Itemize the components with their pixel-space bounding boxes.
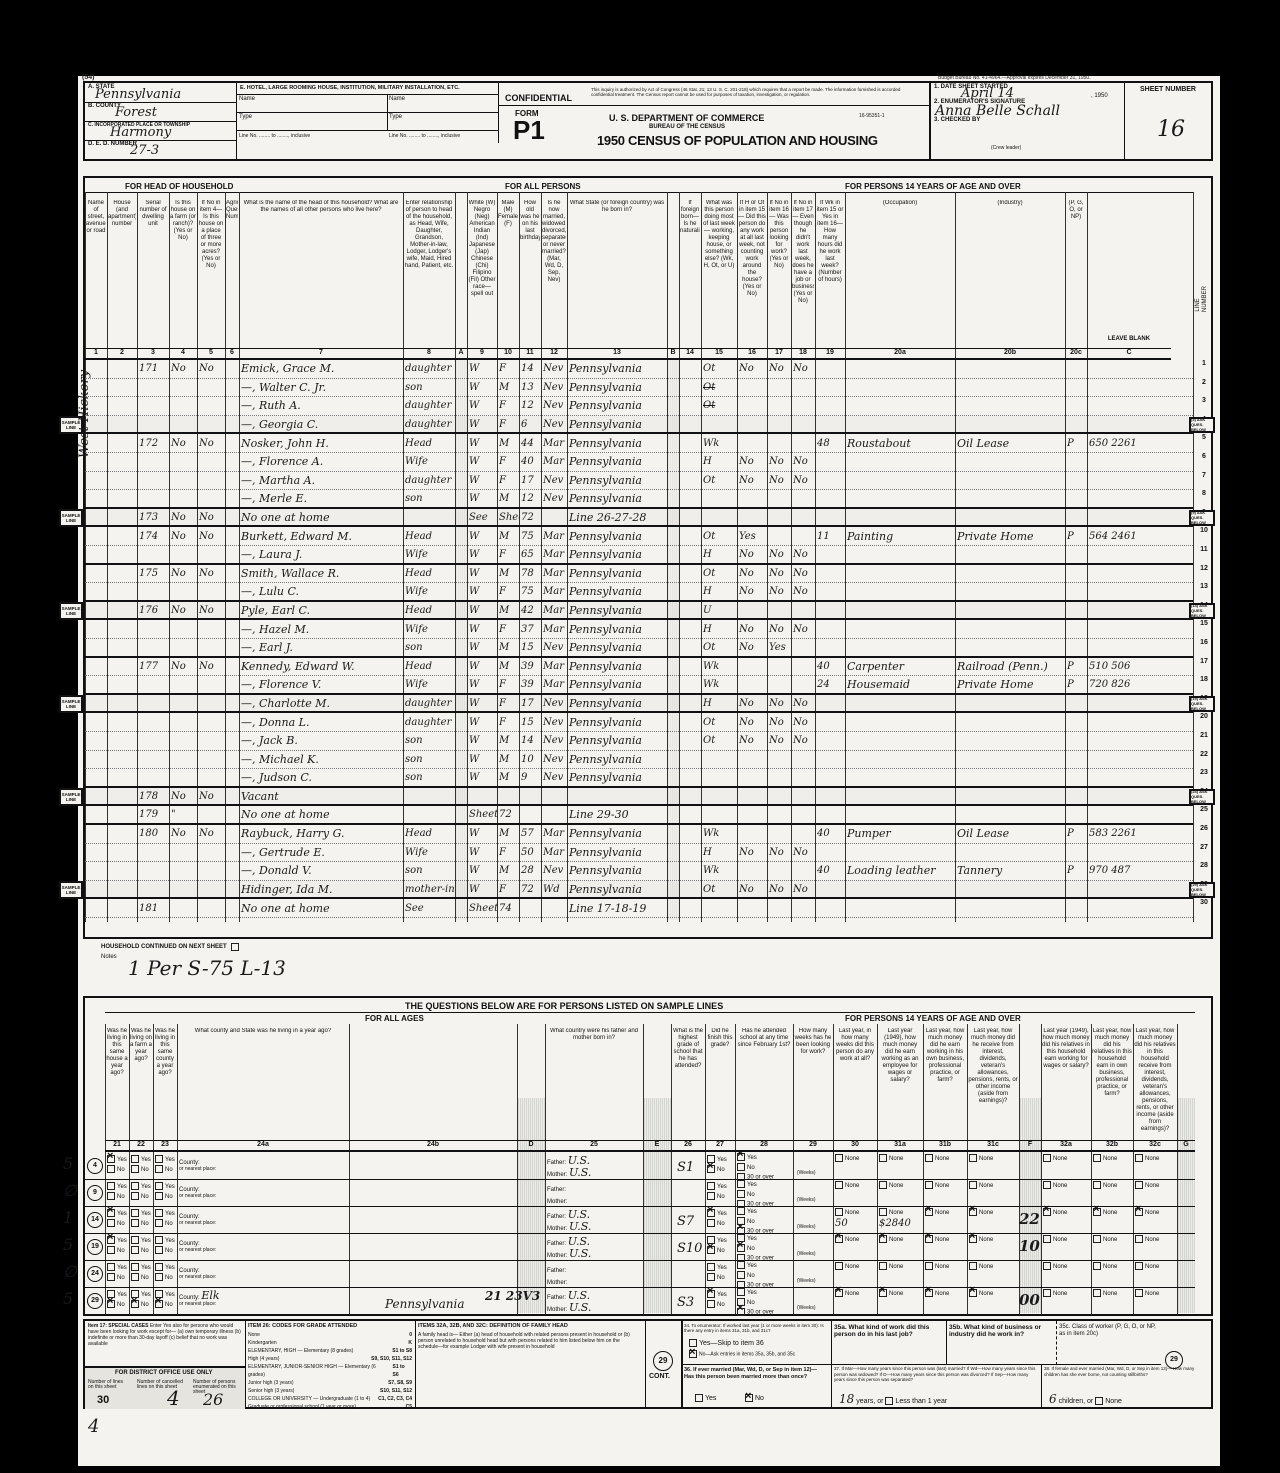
cell-sex: F — [497, 695, 519, 712]
line-number: 25 — [1195, 806, 1213, 813]
yes-checkbox[interactable] — [131, 1209, 139, 1217]
cell-activity: Ot — [701, 565, 737, 583]
cell-marital: Nev — [541, 732, 567, 750]
cell-marital: Nev — [541, 751, 567, 769]
column-header-c14: If foreign born— Is he naturalized? — [680, 200, 700, 340]
cell-looking: No — [767, 565, 791, 583]
table-row: —, Charlotte M.daughterWF17NevPennsylvan… — [85, 695, 1193, 714]
cell-age: 39 — [519, 658, 541, 676]
confidential-note: This inquiry is authorized by Act of Con… — [591, 87, 921, 97]
table-row: —, Florence A.WifeWF40MarPennsylvaniaHNo… — [85, 453, 1193, 472]
yes-checkbox[interactable] — [155, 1182, 163, 1190]
yes-checkbox[interactable] — [155, 1263, 163, 1271]
cell-marital: Mar — [541, 620, 567, 638]
section-all: FOR ALL PERSONS — [505, 182, 581, 191]
no-checkbox[interactable] — [707, 1273, 715, 1281]
table-row: 177NoNoKennedy, Edward W.HeadWM39MarPenn… — [85, 658, 1193, 677]
table-row: 176NoNoPyle, Earl C.HeadWM42MarPennsylva… — [85, 602, 1193, 621]
no-checkbox[interactable] — [131, 1300, 139, 1308]
cell-birthplace: Pennsylvania — [567, 844, 667, 862]
cell-serial: 179 — [137, 806, 169, 823]
mother-birthplace: U.S. — [569, 1301, 591, 1314]
hotel-label: e. HOTEL, LARGE ROOMING HOUSE, INSTITUTI… — [240, 85, 460, 91]
lines-count: 30 — [97, 1394, 109, 1406]
header-block: a. STATE Pennsylvania b. COUNTY Forest c… — [83, 81, 1213, 161]
cell-marital: Nev — [541, 695, 567, 712]
cell-rel: Head — [403, 565, 455, 583]
cell-sex: M — [497, 658, 519, 676]
q34-no-checkbox[interactable] — [689, 1350, 697, 1358]
cell-race: Sheet — [467, 806, 497, 823]
no-checkbox[interactable] — [107, 1300, 115, 1308]
q32b-none-checkbox[interactable] — [1093, 1235, 1101, 1243]
cell-birthplace: Pennsylvania — [567, 546, 667, 563]
q31c-none-checkbox[interactable] — [969, 1208, 977, 1216]
sample-header-county: What county and State was he living in a… — [178, 1028, 348, 1138]
bottom-mark: 4 — [88, 1416, 99, 1437]
no-checkbox[interactable] — [155, 1219, 163, 1227]
yes-checkbox[interactable] — [707, 1209, 715, 1217]
yes-checkbox[interactable] — [107, 1263, 115, 1271]
cell-age: 10 — [519, 751, 541, 769]
column-number: 2 — [107, 348, 137, 360]
cell-rel: daughter — [403, 416, 455, 433]
line-number: 5 — [1195, 434, 1213, 441]
q32c-none-checkbox[interactable] — [1135, 1208, 1143, 1216]
yes-checkbox[interactable] — [131, 1263, 139, 1271]
family-head-definition: A family head is— Either (a) head of hou… — [418, 1332, 640, 1350]
ask-questions-below-marker: (14) ASK QUES. BELOW — [1189, 603, 1215, 619]
school-yes-checkbox[interactable] — [737, 1288, 745, 1296]
q30-none-checkbox[interactable] — [835, 1181, 843, 1189]
cell-marital: Nev — [541, 639, 567, 656]
q30-none-checkbox[interactable] — [835, 1154, 843, 1162]
q37-less-checkbox[interactable] — [885, 1397, 893, 1405]
cell-sex: F — [497, 472, 519, 490]
school-no-checkbox[interactable] — [737, 1271, 745, 1279]
cell-race: W — [467, 769, 497, 786]
q30-none-checkbox[interactable] — [835, 1289, 843, 1297]
cell-name: Smith, Wallace R. — [239, 565, 403, 583]
table-row: 178NoNoVacant24(24) ASK QUES. BELOWSAMPL… — [85, 788, 1193, 807]
sample-line-number: 9 — [87, 1185, 103, 1201]
q31a-none-checkbox[interactable] — [879, 1208, 887, 1216]
cell-birthplace: Pennsylvania — [567, 695, 667, 712]
q31c-none-checkbox[interactable] — [969, 1289, 977, 1297]
q30-value: 50 — [835, 1218, 859, 1229]
school-no-checkbox[interactable] — [737, 1163, 745, 1171]
no-checkbox[interactable] — [155, 1165, 163, 1173]
line-number-header: LINE NUMBER — [1195, 298, 1209, 312]
yes-checkbox[interactable] — [707, 1182, 715, 1190]
line-number: 23 — [1195, 769, 1213, 776]
cell-sex: F — [497, 844, 519, 862]
cell-sex: M — [497, 732, 519, 750]
column-number: 3 — [137, 348, 169, 360]
cell-hours: 40 — [815, 658, 845, 676]
cell-sex: M — [497, 639, 519, 656]
cell-job: No — [791, 360, 815, 378]
cell-name: —, Earl J. — [239, 639, 403, 656]
cell-sex: M — [497, 825, 519, 843]
sample-column-number: 31c — [967, 1140, 1019, 1152]
cell-age: 13 — [519, 379, 541, 397]
cell-birthplace: Pennsylvania — [567, 658, 667, 676]
yes-checkbox[interactable] — [107, 1236, 115, 1244]
cell-marital: Mar — [541, 434, 567, 452]
sample-line-number: 14 — [87, 1212, 103, 1228]
column-number: 15 — [701, 348, 737, 360]
cell-job: No — [791, 565, 815, 583]
yes-checkbox[interactable] — [155, 1236, 163, 1244]
yes-checkbox[interactable] — [707, 1263, 715, 1271]
q31c-none-checkbox[interactable] — [969, 1181, 977, 1189]
q30-none-checkbox[interactable] — [835, 1262, 843, 1270]
q36-no-checkbox[interactable] — [745, 1394, 753, 1402]
q32a-none-checkbox[interactable] — [1043, 1262, 1051, 1270]
cell-serial: 176 — [137, 602, 169, 619]
household-continued-checkbox[interactable] — [231, 943, 239, 951]
cell-activity: H — [701, 583, 737, 600]
sample-column-number: 31a — [877, 1140, 923, 1152]
no-checkbox[interactable] — [707, 1192, 715, 1200]
table-row: —, Earl J.sonWM15NevPennsylvaniaOtNoYes1… — [85, 639, 1193, 658]
column-number: 20b — [955, 348, 1065, 360]
column-header-c16: If H or Ot in item 15— Did this person d… — [738, 200, 766, 340]
cell-serial: 174 — [137, 527, 169, 545]
cell-rel: Head — [403, 527, 455, 545]
county-value: Forest — [115, 105, 157, 120]
school-yes-checkbox[interactable] — [737, 1207, 745, 1215]
state-value: Pennsylvania — [385, 1297, 465, 1311]
cell-name: Pyle, Earl C. — [239, 602, 403, 619]
cell-sex: F — [497, 397, 519, 415]
cell-race: W — [467, 862, 497, 880]
q32b-none-checkbox[interactable] — [1093, 1154, 1101, 1162]
cell-rel: Head — [403, 434, 455, 452]
sample-line-marker: SAMPLE LINE — [59, 602, 83, 620]
sample-line-marker: SAMPLE LINE — [59, 509, 83, 527]
cell-farm: No — [169, 509, 197, 526]
cell-name: —, Martha A. — [239, 472, 403, 490]
q31b-none-checkbox[interactable] — [925, 1154, 933, 1162]
cell-race: Sheet — [467, 899, 497, 917]
no-checkbox[interactable] — [107, 1246, 115, 1254]
q31b-none-checkbox[interactable] — [925, 1235, 933, 1243]
yes-checkbox[interactable] — [131, 1182, 139, 1190]
cell-name: Nosker, John H. — [239, 434, 403, 452]
sample-line-number: 24 — [87, 1266, 103, 1282]
table-row: —, Florence V.WifeWF39MarPennsylvaniaWk2… — [85, 676, 1193, 695]
no-checkbox[interactable] — [131, 1165, 139, 1173]
cell-marital: Nev — [541, 397, 567, 415]
mother-birthplace: U.S. — [569, 1220, 591, 1233]
cell-rel: son — [403, 732, 455, 750]
cell-work: No — [737, 695, 767, 712]
no-checkbox[interactable] — [107, 1192, 115, 1200]
school-30-over-checkbox[interactable] — [737, 1308, 745, 1316]
yes-checkbox[interactable] — [707, 1290, 715, 1298]
no-checkbox[interactable] — [131, 1192, 139, 1200]
sample-line-number: 19 — [87, 1239, 103, 1255]
yes-checkbox[interactable] — [107, 1155, 115, 1163]
cell-age: 37 — [519, 620, 541, 638]
q30-none-checkbox[interactable] — [835, 1235, 843, 1243]
school-yes-checkbox[interactable] — [737, 1261, 745, 1269]
cell-sex: 74 — [497, 899, 519, 917]
column-f-value: 10 — [1019, 1237, 1040, 1255]
column-header-c9: White (W) Negro (Neg) American Indian (I… — [468, 200, 496, 340]
cell-rel: Wife — [403, 620, 455, 638]
no-checkbox[interactable] — [707, 1165, 715, 1173]
column-number: 8 — [403, 348, 455, 360]
line-number: 3 — [1195, 397, 1213, 404]
cell-race: W — [467, 397, 497, 415]
sample-header-grade: What is the highest grade of school that… — [672, 1028, 704, 1138]
table-row: —, Laura J.WifeWF65MarPennsylvaniaHNoNoN… — [85, 546, 1193, 565]
cell-farm: No — [169, 658, 197, 676]
q32a-none-checkbox[interactable] — [1043, 1235, 1051, 1243]
sample-column-number: 22 — [129, 1140, 153, 1152]
no-checkbox[interactable] — [155, 1273, 163, 1281]
q32b-none-checkbox[interactable] — [1093, 1181, 1101, 1189]
grade-code-item: ELEMENTARY, JUNIOR-SENIOR HIGH — Element… — [248, 1363, 412, 1379]
cell-looking: No — [767, 546, 791, 563]
sample-column-number: 26 — [671, 1140, 705, 1152]
cell-birthplace: Pennsylvania — [567, 453, 667, 471]
cell-sex: M — [497, 862, 519, 880]
yes-checkbox[interactable] — [131, 1236, 139, 1244]
cell-sex: Sheet — [497, 509, 519, 526]
sample-header-q31a: Last year (1949), how much money did he … — [878, 1028, 922, 1138]
q32a-none-checkbox[interactable] — [1043, 1289, 1051, 1297]
cell-acres: No — [197, 527, 225, 545]
column-header-c5: If No in item 4— Is this house on a plac… — [198, 200, 224, 340]
cell-sex: F — [497, 881, 519, 898]
cancelled-count: 4 — [167, 1386, 180, 1410]
yes-checkbox[interactable] — [155, 1209, 163, 1217]
q32a-none-checkbox[interactable] — [1043, 1154, 1051, 1162]
cell-age: 6 — [519, 416, 541, 433]
cell-sex: F — [497, 360, 519, 378]
line-number: 8 — [1195, 490, 1213, 497]
column-number: 19 — [815, 348, 845, 360]
cell-birthplace: Pennsylvania — [567, 881, 667, 898]
q32c-none-checkbox[interactable] — [1135, 1262, 1143, 1270]
cell-marital: Nev — [541, 472, 567, 490]
q31c-none-checkbox[interactable] — [969, 1235, 977, 1243]
ask-questions-below-marker: (4) ASK QUES. BELOW — [1189, 417, 1215, 433]
sample-header-q23: Was he living in this same county a year… — [154, 1028, 176, 1138]
ask-questions-below-marker: (29) ASK QUES. BELOW — [1189, 882, 1215, 898]
cell-age: 15 — [519, 713, 541, 731]
cell-acres: No — [197, 825, 225, 843]
q32b-none-checkbox[interactable] — [1093, 1208, 1101, 1216]
cell-name: —, Jack B. — [239, 732, 403, 750]
section-head: FOR HEAD OF HOUSEHOLD — [125, 182, 233, 191]
no-checkbox[interactable] — [107, 1165, 115, 1173]
cell-work: No — [737, 360, 767, 378]
cell-name: —, Florence A. — [239, 453, 403, 471]
grade-value: S10 — [677, 1241, 702, 1256]
q32c-none-checkbox[interactable] — [1135, 1235, 1143, 1243]
cell-race: W — [467, 881, 497, 898]
q38-none-checkbox[interactable] — [1095, 1397, 1103, 1405]
column-header-c4: Is this house on a farm (or ranch)? (Yes… — [170, 200, 196, 340]
cell-hours: 11 — [815, 527, 845, 545]
q32c-none-checkbox[interactable] — [1135, 1289, 1143, 1297]
cell-acres: No — [197, 509, 225, 526]
table-row: —, Donna L.daughterWF15NevPennsylvaniaOt… — [85, 713, 1193, 732]
column-number: A — [455, 348, 467, 360]
school-no-checkbox[interactable] — [737, 1190, 745, 1198]
cell-rel: daughter — [403, 695, 455, 712]
cell-work: No — [737, 453, 767, 471]
cell-sex: M — [497, 490, 519, 507]
cell-sex: F — [497, 453, 519, 471]
table-row: Hidinger, Ida M.mother-in-lawWF72WdPenns… — [85, 881, 1193, 900]
cell-birthplace: Pennsylvania — [567, 862, 667, 880]
cell-race: W — [467, 732, 497, 750]
cell-sex: F — [497, 583, 519, 600]
column-header-c19: If Wk in item 15 or Yes in item 16— How … — [816, 200, 844, 340]
cell-age: 50 — [519, 844, 541, 862]
column-number: 17 — [767, 348, 791, 360]
cell-rel: son — [403, 639, 455, 656]
yes-checkbox[interactable] — [107, 1182, 115, 1190]
cell-serial: 173 — [137, 509, 169, 526]
table-row: 172NoNoNosker, John H.HeadWM44MarPennsyl… — [85, 434, 1193, 453]
no-checkbox[interactable] — [707, 1219, 715, 1227]
cell-birthplace: Pennsylvania — [567, 416, 667, 433]
no-checkbox[interactable] — [131, 1246, 139, 1254]
q31a-none-checkbox[interactable] — [879, 1154, 887, 1162]
q32b-none-checkbox[interactable] — [1093, 1289, 1101, 1297]
no-checkbox[interactable] — [107, 1273, 115, 1281]
cell-birthplace: Pennsylvania — [567, 565, 667, 583]
sample-row: ∅24YesNoYesNoYesNoCounty: or nearest pla… — [85, 1260, 1195, 1288]
mother-birthplace: U.S. — [569, 1247, 591, 1260]
no-checkbox[interactable] — [155, 1246, 163, 1254]
department: U. S. DEPARTMENT OF COMMERCE — [609, 113, 764, 123]
q31b-none-checkbox[interactable] — [925, 1289, 933, 1297]
q30-none-checkbox[interactable] — [835, 1208, 843, 1216]
yes-checkbox[interactable] — [155, 1155, 163, 1163]
school-no-checkbox[interactable] — [737, 1244, 745, 1252]
line-number: 26 — [1195, 825, 1213, 832]
cell-serial: 180 — [137, 825, 169, 843]
cell-industry: Oil Lease — [955, 434, 1065, 452]
table-row: —, Martha A.daughterWF17NevPennsylvaniaO… — [85, 472, 1193, 491]
cell-age: 15 — [519, 639, 541, 656]
cell-work: No — [737, 620, 767, 638]
confidential-label: CONFIDENTIAL — [505, 93, 572, 103]
grade-code-item: None0 — [248, 1331, 412, 1339]
cell-sex: M — [497, 434, 519, 452]
no-checkbox[interactable] — [131, 1273, 139, 1281]
cell-hours: 24 — [815, 676, 845, 693]
cell-activity: Ot — [701, 397, 737, 415]
q32a-none-checkbox[interactable] — [1043, 1181, 1051, 1189]
q32c-none-checkbox[interactable] — [1135, 1154, 1143, 1162]
no-checkbox[interactable] — [131, 1219, 139, 1227]
no-checkbox[interactable] — [707, 1300, 715, 1308]
q32c-none-checkbox[interactable] — [1135, 1181, 1143, 1189]
cell-birthplace: Line 29-30 — [567, 806, 667, 823]
sample-column-number: 30 — [833, 1140, 877, 1152]
cell-age: 72 — [519, 881, 541, 898]
cell-code: 564 2461 — [1087, 527, 1171, 545]
q32a-none-checkbox[interactable] — [1043, 1208, 1051, 1216]
cell-name: —, Charlotte M. — [239, 695, 403, 712]
household-continued-label: HOUSEHOLD CONTINUED ON NEXT SHEET — [101, 944, 227, 950]
school-yes-checkbox[interactable] — [737, 1153, 745, 1161]
cell-work: No — [737, 565, 767, 583]
no-checkbox[interactable] — [707, 1246, 715, 1254]
cell-marital: Mar — [541, 565, 567, 583]
cell-name: Burkett, Edward M. — [239, 527, 403, 545]
sample-column-number: 29 — [793, 1140, 833, 1152]
cell-marital: Mar — [541, 583, 567, 600]
yes-checkbox[interactable] — [131, 1155, 139, 1163]
cell-age: 75 — [519, 583, 541, 600]
sheet-number: 16 — [1157, 117, 1185, 142]
q31c-none-checkbox[interactable] — [969, 1154, 977, 1162]
q31b-none-checkbox[interactable] — [925, 1262, 933, 1270]
cell-work: No — [737, 844, 767, 862]
cell-occupation: Housemaid — [845, 676, 955, 693]
cell-occupation: Loading leather — [845, 862, 955, 880]
q31c-none-checkbox[interactable] — [969, 1262, 977, 1270]
cell-age: 78 — [519, 565, 541, 583]
q31a-none-checkbox[interactable] — [879, 1262, 887, 1270]
sample-column-number: 28 — [735, 1140, 793, 1152]
q31a-none-checkbox[interactable] — [879, 1289, 887, 1297]
q32b-none-checkbox[interactable] — [1093, 1262, 1101, 1270]
cell-rel: mother-in-law — [403, 881, 455, 898]
grade-code-item: COLLEGE OR UNIVERSITY — Undergraduate (1… — [248, 1395, 412, 1403]
cell-class: P — [1065, 434, 1087, 452]
cell-sex: 72 — [497, 806, 519, 823]
q31b-none-checkbox[interactable] — [925, 1181, 933, 1189]
sample-row: 519YesNoYesNoYesNoCounty: or nearest pla… — [85, 1233, 1195, 1261]
cell-acres: No — [197, 434, 225, 452]
q31b-none-checkbox[interactable] — [925, 1208, 933, 1216]
cell-activity: Ot — [701, 379, 737, 397]
grade-code-item: Graduate or professional school (1 year … — [248, 1403, 412, 1411]
q31a-none-checkbox[interactable] — [879, 1181, 887, 1189]
no-checkbox[interactable] — [155, 1192, 163, 1200]
yes-checkbox[interactable] — [107, 1209, 115, 1217]
cell-work: No — [737, 472, 767, 490]
cell-job: No — [791, 732, 815, 750]
cell-serial: 171 — [137, 360, 169, 378]
line-number: 6 — [1195, 453, 1213, 460]
cell-activity: H — [701, 453, 737, 471]
q36-yes-checkbox[interactable] — [695, 1394, 703, 1402]
cell-name: —, Ruth A. — [239, 397, 403, 415]
cell-class: P — [1065, 658, 1087, 676]
school-yes-checkbox[interactable] — [737, 1180, 745, 1188]
cell-age: 12 — [519, 397, 541, 415]
cell-race: W — [467, 751, 497, 769]
grade-code-item: KindergartenK — [248, 1339, 412, 1347]
cell-looking: No — [767, 713, 791, 731]
cell-sex: F — [497, 416, 519, 433]
no-checkbox[interactable] — [107, 1219, 115, 1227]
no-checkbox[interactable] — [155, 1300, 163, 1308]
q31a-none-checkbox[interactable] — [879, 1235, 887, 1243]
